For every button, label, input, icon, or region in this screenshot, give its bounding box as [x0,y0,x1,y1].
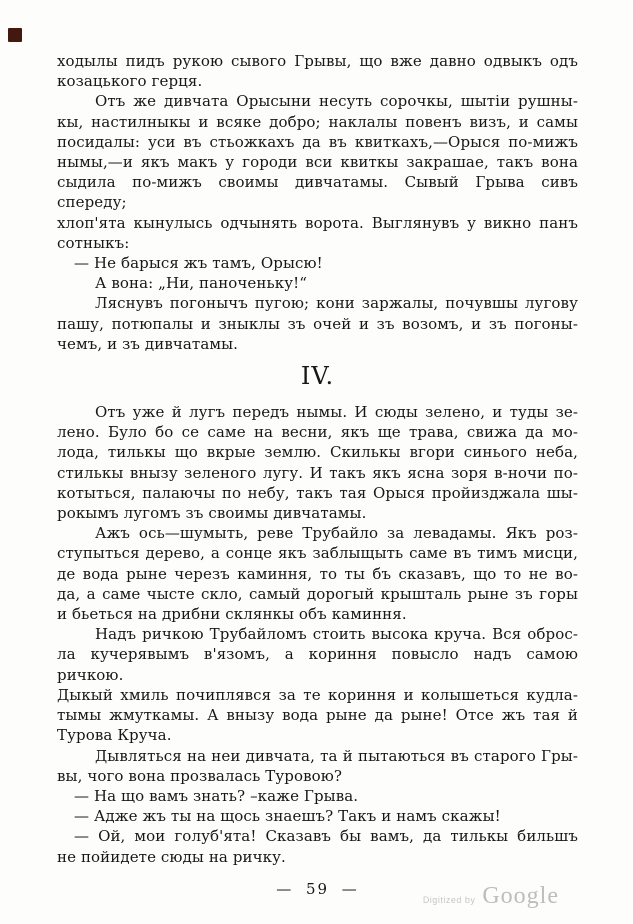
dialogue-line: — На що вамъ знать? –каже Грыва. [57,786,578,806]
text-line: Ажъ ось—шумыть, реве Трубайло за левадам… [57,523,578,543]
dialogue-line: — Адже жъ ты на щось знаешъ? Такъ и намъ… [57,806,578,826]
text-line: Турова Круча. [57,725,578,745]
google-logo: Google [482,883,559,910]
dialogue-line: — Не барыся жъ тамъ, Орысю! [57,253,578,273]
text-line: хлоп'ята кынулысь одчынять ворота. Выгля… [57,213,578,233]
text-line: Надъ ричкою Трубайломъ стоить высока кру… [57,624,578,644]
scan-artifact [8,28,22,42]
watermark-prefix-label: Digitized by [423,895,476,905]
text-line: лода, тилькы що вкрые землю. Скилькы вго… [57,442,578,462]
text-line: Дыкый хмиль почиплявся за те кориння и к… [57,685,578,705]
text-line: Отъ уже й лугъ передъ нымы. И сюды зелен… [57,402,578,422]
text-line: тымы жмуткамы. А внызу вода рыне да рыне… [57,705,578,725]
text-line: да, а саме чысте скло, самый дорогый кры… [57,584,578,604]
page-text-block: ходылы пидъ рукою сывого Грывы, що вже д… [57,51,578,898]
text-line: Ляснувъ погонычъ пугою; кони заржалы, по… [57,293,578,313]
text-line: вы, чого вона прозвалась Туровою? [57,766,578,786]
text-line: стилькы внызу зеленого лугу. И такъ якъ … [57,463,578,483]
text-line: де вода рыне черезъ каминня, то ты бъ ск… [57,564,578,584]
dialogue-line: — Ой, мои голуб'ята! Сказавъ бы вамъ, да… [57,826,578,846]
dialogue-line: А вона: „Ни, паноченьку!“ [57,273,578,293]
text-line: Дывляться на неи дивчата, та й пытаються… [57,746,578,766]
text-line: лено. Було бо се саме на весни, якъ ще т… [57,422,578,442]
text-line: чемъ, и зъ дивчатамы. [57,334,578,354]
dialogue-line: не пойидете сюды на ричку. [57,847,578,867]
text-line: Отъ же дивчата Орысыни несуть сорочкы, ш… [57,91,578,111]
text-line: ступыться дерево, а сонце якъ заблыщыть … [57,543,578,563]
book-page: ходылы пидъ рукою сывого Грывы, що вже д… [0,0,633,924]
text-line: козацького герця. [57,71,578,91]
text-line: кы, настилныкы и всяке добро; наклалы по… [57,112,578,132]
text-line: ходылы пидъ рукою сывого Грывы, що вже д… [57,51,578,71]
text-line: пашу, потюпалы и зныклы зъ очей и зъ воз… [57,314,578,334]
text-line: сотныкъ: [57,233,578,253]
watermark: Digitized by Google [423,883,559,910]
text-line: котыться, палаючы по небу, такъ тая Орыс… [57,483,578,503]
text-line: ла кучерявымъ в'язомъ, а кориння повысло… [57,644,578,684]
text-line: и бьеться на дрибни склянкы объ каминня. [57,604,578,624]
text-line: посидалы: уси въ стьожкахъ да въ квитках… [57,132,578,152]
text-line: рокымъ лугомъ зъ своимы дивчатамы. [57,503,578,523]
text-line: сыдила по-мижъ своимы дивчатамы. Сывый Г… [57,172,578,212]
section-heading: IV. [57,362,578,390]
text-line: нымы,—и якъ макъ у городи вси квиткы зак… [57,152,578,172]
